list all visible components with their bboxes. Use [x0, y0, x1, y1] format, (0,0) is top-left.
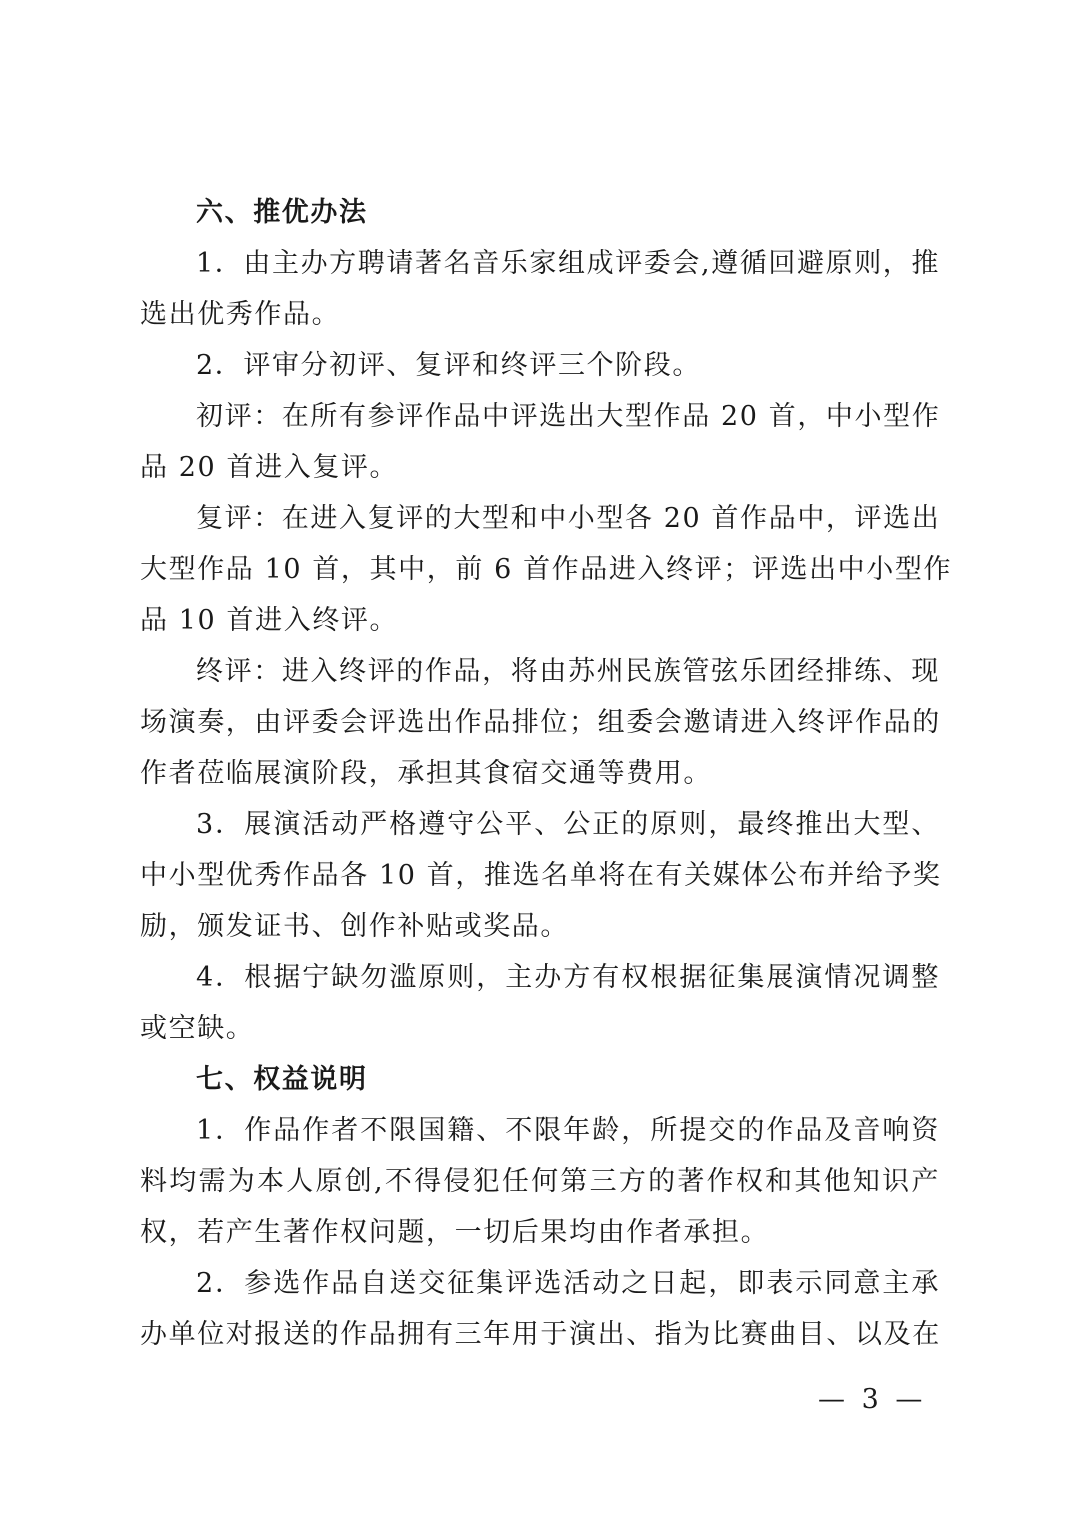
paragraph-line: 2．参选作品自送交征集评选活动之日起，即表示同意主承 — [196, 1266, 940, 1302]
paragraph-line: 中小型优秀作品各 10 首，推选名单将在有关媒体公布并给予奖 — [140, 858, 940, 894]
paragraph-line: 励，颁发证书、创作补贴或奖品。 — [140, 909, 940, 945]
paragraph-line: 选出优秀作品。 — [140, 297, 940, 333]
paragraph-line: 3．展演活动严格遵守公平、公正的原则，最终推出大型、 — [196, 807, 940, 843]
section-heading-rights: 七、权益说明 — [196, 1062, 940, 1098]
paragraph-line: 或空缺。 — [140, 1011, 940, 1047]
document-page: 六、推优办法 1．由主办方聘请著名音乐家组成评委会,遵循回避原则，推 选出优秀作… — [0, 0, 1080, 1528]
paragraph-line: 终评：进入终评的作品，将由苏州民族管弦乐团经排练、现 — [196, 654, 940, 690]
page-number: — 3 — — [818, 1382, 926, 1418]
paragraph-line: 场演奏，由评委会评选出作品排位；组委会邀请进入终评作品的 — [140, 705, 940, 741]
paragraph-line: 品 20 首进入复评。 — [140, 450, 940, 486]
paragraph-line: 作者莅临展演阶段，承担其食宿交通等费用。 — [140, 756, 940, 792]
paragraph-line: 料均需为本人原创,不得侵犯任何第三方的著作权和其他知识产 — [140, 1164, 940, 1200]
paragraph-line: 4．根据宁缺勿滥原则，主办方有权根据征集展演情况调整 — [196, 960, 940, 996]
paragraph-line: 品 10 首进入终评。 — [140, 603, 940, 639]
paragraph-line: 复评：在进入复评的大型和中小型各 20 首作品中，评选出 — [196, 501, 940, 537]
section-heading-recommendation: 六、推优办法 — [196, 195, 940, 231]
paragraph-line: 1．作品作者不限国籍、不限年龄，所提交的作品及音响资 — [196, 1113, 940, 1149]
paragraph-line: 权，若产生著作权问题，一切后果均由作者承担。 — [140, 1215, 940, 1251]
paragraph-line: 初评：在所有参评作品中评选出大型作品 20 首，中小型作 — [196, 399, 940, 435]
paragraph-line: 办单位对报送的作品拥有三年用于演出、指为比赛曲目、以及在 — [140, 1317, 940, 1353]
paragraph-line: 大型作品 10 首，其中，前 6 首作品进入终评；评选出中小型作 — [140, 552, 940, 588]
paragraph-line: 1．由主办方聘请著名音乐家组成评委会,遵循回避原则，推 — [196, 246, 940, 282]
paragraph-line: 2．评审分初评、复评和终评三个阶段。 — [196, 348, 940, 384]
